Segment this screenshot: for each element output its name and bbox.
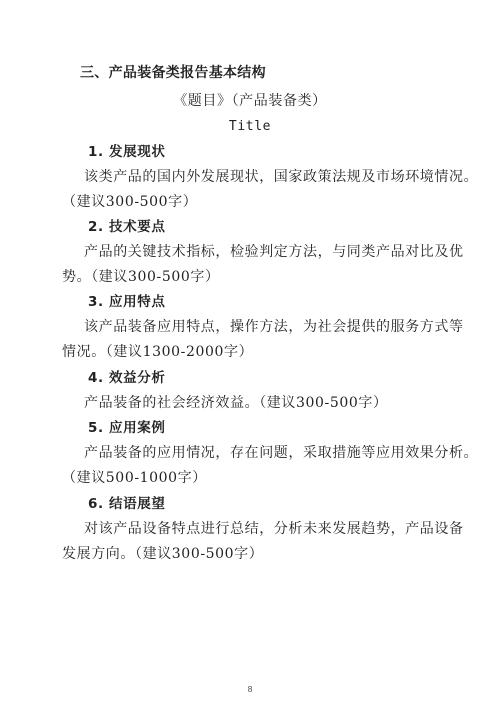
section-heading: 三、产品装备类报告基本结构 — [80, 64, 266, 82]
section-1-heading: 1. 发展现状 — [88, 143, 165, 161]
section-6-heading: 6. 结语展望 — [88, 495, 165, 513]
section-1-text-line-1: 该类产品的国内外发展现状，国家政策法规及市场环境情况。 — [84, 168, 478, 186]
section-5-text-line-1: 产品装备的应用情况，存在问题，采取措施等应用效果分析。 — [84, 444, 478, 462]
section-6-text-line-2: 发展方向。（建议300-500字） — [62, 545, 263, 563]
section-3-text-line-2: 情况。（建议1300-2000字） — [62, 343, 253, 361]
section-3-heading: 3. 应用特点 — [88, 293, 165, 311]
section-5-heading: 5. 应用案例 — [88, 419, 165, 437]
document-title-en: Title — [0, 118, 500, 136]
section-5-text-line-2: （建议500-1000字） — [62, 469, 207, 487]
document-title-cn: 《题目》（产品装备类） — [0, 92, 500, 110]
section-2-heading: 2. 技术要点 — [88, 218, 165, 236]
page-number: 8 — [0, 685, 500, 694]
section-6-text-line-1: 对该产品设备特点进行总结，分析未来发展趋势，产品设备 — [84, 520, 464, 538]
section-4-heading: 4. 效益分析 — [88, 369, 165, 387]
section-4-text-line-1: 产品装备的社会经济效益。（建议300-500字） — [84, 394, 388, 412]
section-3-text-line-1: 该产品装备应用特点，操作方法，为社会提供的服务方式等 — [84, 318, 464, 336]
section-2-text-line-1: 产品的关键技术指标，检验判定方法，与同类产品对比及优 — [84, 243, 464, 261]
section-1-text-line-2: （建议300-500字） — [62, 193, 197, 211]
section-2-text-line-2: 势。（建议300-500字） — [62, 268, 220, 286]
